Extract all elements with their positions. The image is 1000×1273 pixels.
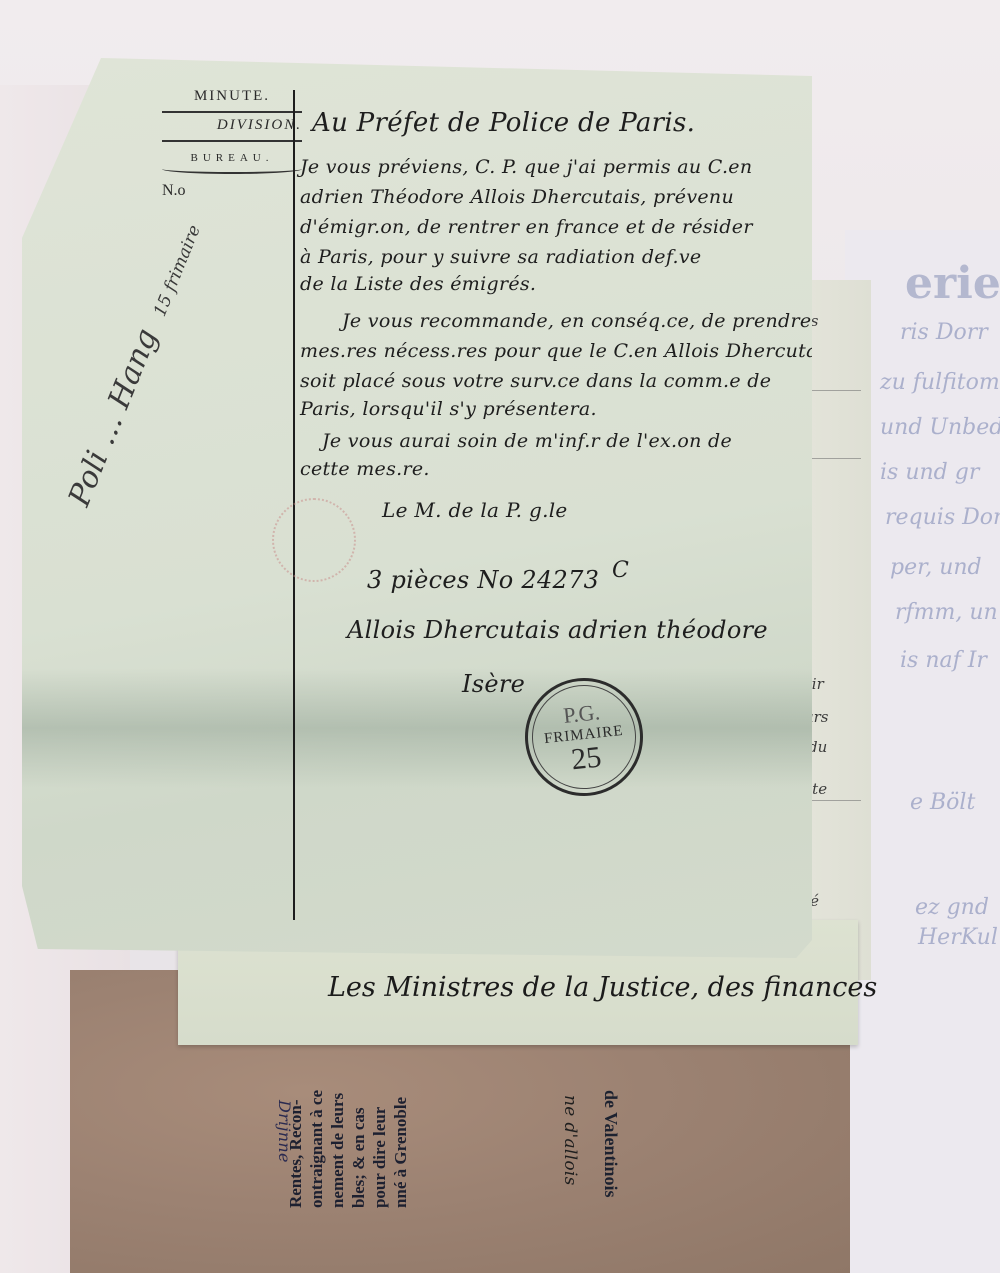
- printed-handwriting: ne d'allois: [560, 1095, 580, 1186]
- minute-label: MINUTE.: [162, 88, 302, 105]
- faded-line: ris Dorr: [900, 320, 988, 345]
- body-line: Je vous recommande, en conséq.ce, de pre…: [342, 310, 846, 332]
- faded-heading: erien: [905, 258, 1000, 309]
- stamp-month: FRIMAIRE: [543, 722, 624, 747]
- brace: [162, 164, 302, 174]
- body-line: d'émigr.on, de rentrer en france et de r…: [300, 216, 753, 238]
- letterhead: MINUTE. DIVISION. BUREAU. N.o: [162, 88, 302, 200]
- faded-line: rfmm, un: [895, 600, 998, 625]
- body-line: Je vous aurai soin de m'inf.r de l'ex.on…: [322, 430, 732, 452]
- letter-heading: Les Ministres de la Justice, des finance…: [328, 972, 877, 1003]
- printed-line: ontraignant à ce: [306, 1090, 327, 1208]
- faded-line: per, und: [890, 555, 982, 580]
- division-label: DIVISION.: [162, 117, 302, 134]
- file-reference-name: Allois Dhercutais adrien théodore: [347, 616, 768, 644]
- main-letter: MINUTE. DIVISION. BUREAU. N.o Poli … Han…: [22, 58, 812, 958]
- printed-handwriting-left: Drijnne: [275, 1100, 294, 1163]
- faded-line: und Unbed: [880, 415, 1000, 440]
- printed-heading: de Valentinois: [600, 1090, 621, 1198]
- body-line: soit placé sous votre surv.ce dans la co…: [300, 370, 771, 392]
- printed-line: nement de leurs: [327, 1090, 348, 1208]
- body-line: Je vous préviens, C. P. que j'ai permis …: [300, 156, 752, 178]
- faded-line: ez gnd: [915, 895, 989, 920]
- faded-line: is naf Ir: [900, 648, 987, 673]
- rule: [162, 140, 302, 142]
- stamp-day: 25: [570, 742, 603, 775]
- red-seal-mark: [272, 498, 356, 582]
- body-line: mes.res nécess.res pour que le C.en Allo…: [300, 340, 834, 362]
- printed-line: nné à Grenoble: [390, 1090, 411, 1208]
- printed-line: pour dire leur: [369, 1090, 390, 1208]
- bureau-label: BUREAU.: [162, 152, 302, 164]
- body-line: cette mes.re.: [300, 458, 430, 480]
- faded-line: HerKul: [918, 925, 998, 950]
- file-reference-number: 3 pièces No 24273: [367, 566, 599, 594]
- stamp-initials: P.G.: [562, 699, 601, 729]
- body-line: adrien Théodore Allois Dhercutais, préve…: [300, 186, 734, 208]
- printed-text-column: Rentes, Recon- ontraignant à ce nement d…: [285, 1090, 411, 1208]
- file-reference-mark: C: [612, 558, 629, 583]
- faded-line: is und gr: [880, 460, 979, 485]
- file-reference-department: Isère: [462, 670, 525, 698]
- faded-line: requis Dor: [885, 505, 1000, 530]
- closing: Le M. de la P. g.le: [382, 498, 568, 522]
- body-line: à Paris, pour y suivre sa radiation def.…: [300, 246, 701, 268]
- body-line: de la Liste des émigrés.: [300, 273, 536, 295]
- numero-label: N.o: [162, 182, 302, 200]
- printed-line: bles; & en cas: [348, 1090, 369, 1208]
- faded-line: e Bölt: [910, 790, 975, 815]
- salutation: Au Préfet de Police de Paris.: [312, 108, 695, 138]
- body-line: Paris, lorsqu'il s'y présentera.: [300, 398, 597, 420]
- rule: [162, 111, 302, 113]
- faded-line: zu fulfitom: [880, 370, 1000, 395]
